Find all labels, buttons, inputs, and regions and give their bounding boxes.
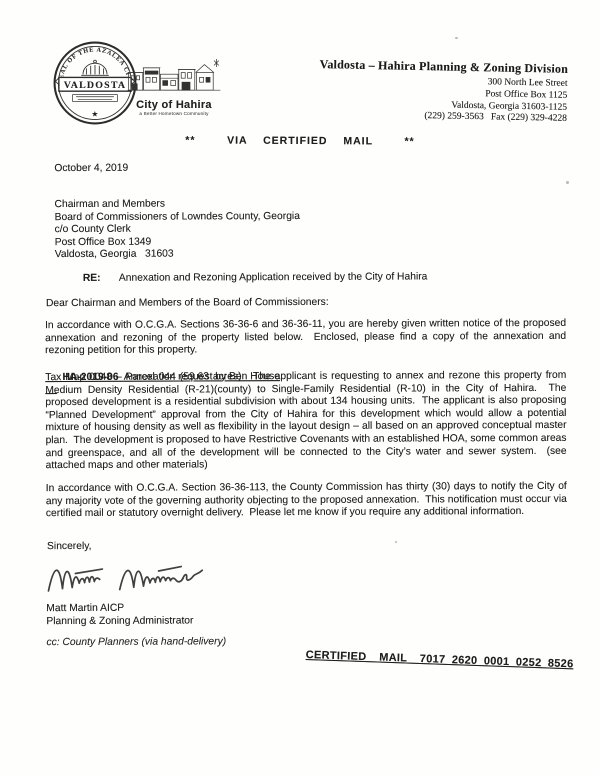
recipient-line: Post Office Box 1349 [55, 235, 300, 249]
scanned-letter-page: SEAL OF THE AZALEA CITY VALDOSTA [0, 0, 600, 777]
recipient-line: Valdosta, Georgia 31603 [55, 248, 300, 262]
re-label: RE: [83, 273, 119, 286]
re-subject-line: RE: Annexation and Rezoning Application … [83, 271, 428, 285]
signature-icon [45, 557, 207, 602]
re-text: Annexation and Rezoning Application rece… [119, 271, 428, 285]
closing: Sincerely, [47, 541, 92, 554]
paragraph-county-response: In accordance with O.C.G.A. Section 36-3… [46, 481, 567, 521]
recipient-address-block: Chairman and MembersBoard of Commissione… [55, 198, 301, 262]
handwritten-signature [45, 557, 207, 606]
paragraph-notice: In accordance with O.C.G.A. Sections 36-… [45, 318, 566, 358]
recipient-line: c/o County Clerk [55, 223, 300, 237]
recipient-line: Chairman and Members [55, 198, 300, 212]
signer-block: Matt Martin AICP Planning & Zoning Admin… [46, 602, 193, 628]
scan-speck [455, 37, 458, 39]
paragraph-request-details: Tax Map 0048 – Parcel 044 (59.63 acres) … [45, 370, 566, 473]
salutation: Dear Chairman and Members of the Board o… [46, 297, 329, 311]
signer-title: Planning & Zoning Administrator [46, 615, 193, 628]
letter-date: October 4, 2019 [54, 163, 128, 176]
recipient-line: Board of Commissioners of Lowndes County… [55, 210, 300, 224]
scan-speck [395, 541, 397, 543]
signer-name: Matt Martin AICP [46, 602, 193, 615]
cc-line: cc: County Planners (via hand-delivery) [46, 636, 226, 649]
scan-speck [566, 181, 569, 184]
